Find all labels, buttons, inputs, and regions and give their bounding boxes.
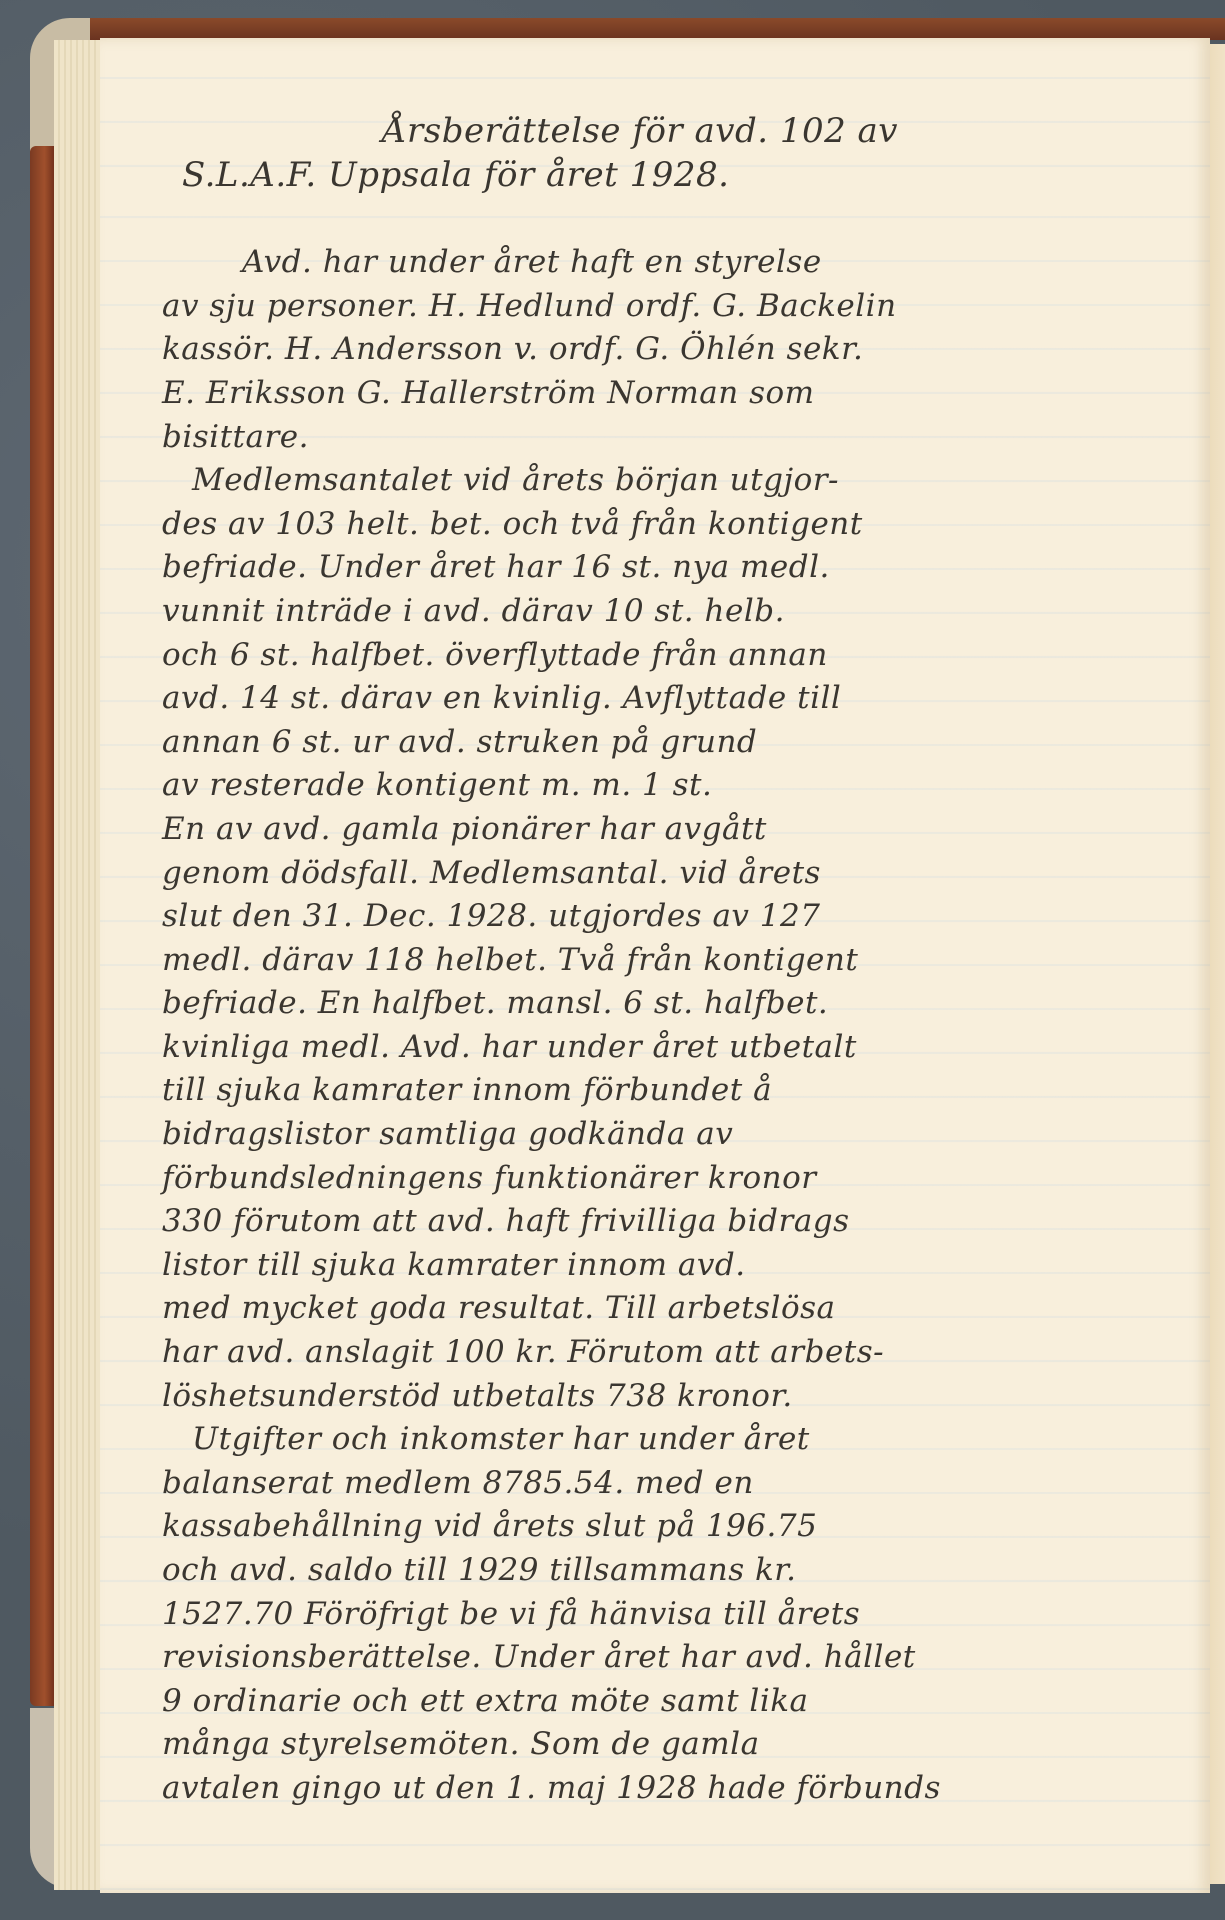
- text-line: många styrelsemöten. Som de gamla: [162, 1723, 1192, 1767]
- text-line: kassabehållning vid årets slut på 196.75: [162, 1505, 1192, 1549]
- text-line: medl. därav 118 helbet. Två från kontige…: [162, 939, 1192, 983]
- report-body: Avd. har under året haft en styrelseav s…: [162, 241, 1192, 1810]
- text-line: till sjuka kamrater innom förbundet å: [162, 1069, 1192, 1113]
- ledger-book: Årsberättelse för avd. 102 av S.L.A.F. U…: [30, 18, 1225, 1908]
- handwritten-text: Årsberättelse för avd. 102 av S.L.A.F. U…: [162, 110, 1192, 1811]
- text-line: En av avd. gamla pionärer har avgått: [162, 808, 1192, 852]
- text-line: löshetsunderstöd utbetalts 738 kronor.: [162, 1375, 1192, 1419]
- ledger-page: Årsberättelse för avd. 102 av S.L.A.F. U…: [100, 38, 1210, 1893]
- text-line: av sju personer. H. Hedlund ordf. G. Bac…: [162, 285, 1192, 329]
- text-line: annan 6 st. ur avd. struken på grund: [162, 721, 1192, 765]
- text-line: bidragslistor samtliga godkända av: [162, 1113, 1192, 1157]
- text-line: des av 103 helt. bet. och två från konti…: [162, 503, 1192, 547]
- text-line: E. Eriksson G. Hallerström Norman som: [162, 372, 1192, 416]
- text-line: befriade. En halfbet. mansl. 6 st. halfb…: [162, 982, 1192, 1026]
- text-line: har avd. anslagit 100 kr. Förutom att ar…: [162, 1331, 1192, 1375]
- text-line: av resterade kontigent m. m. 1 st.: [162, 764, 1192, 808]
- text-line: 330 förutom att avd. haft frivilliga bid…: [162, 1200, 1192, 1244]
- text-line: 1527.70 Föröfrigt be vi få hänvisa till …: [162, 1593, 1192, 1637]
- text-line: befriade. Under året har 16 st. nya medl…: [162, 546, 1192, 590]
- text-line: 9 ordinarie och ett extra möte samt lika: [162, 1680, 1192, 1724]
- text-line: listor till sjuka kamrater innom avd.: [162, 1244, 1192, 1288]
- facing-page-edge: [1210, 44, 1225, 1884]
- text-line: förbundsledningens funktionärer kronor: [162, 1157, 1192, 1201]
- text-line: avtalen gingo ut den 1. maj 1928 hade fö…: [162, 1767, 1192, 1811]
- text-line: genom dödsfall. Medlemsantal. vid årets: [162, 852, 1192, 896]
- text-line: balanserat medlem 8785.54. med en: [162, 1462, 1192, 1506]
- page-stack-edges: [54, 40, 106, 1890]
- text-line: avd. 14 st. därav en kvinlig. Avflyttade…: [162, 677, 1192, 721]
- text-line: slut den 31. Dec. 1928. utgjordes av 127: [162, 895, 1192, 939]
- leather-cover-top-edge: [90, 18, 1225, 40]
- text-line: Utgifter och inkomster har under året: [162, 1418, 1192, 1462]
- text-line: revisionsberättelse. Under året har avd.…: [162, 1636, 1192, 1680]
- text-line: Medlemsantalet vid årets början utgjor-: [162, 459, 1192, 503]
- text-line: bisittare.: [162, 416, 1192, 460]
- text-line: kassör. H. Andersson v. ordf. G. Öhlén s…: [162, 328, 1192, 372]
- text-line: vunnit inträde i avd. därav 10 st. helb.: [162, 590, 1192, 634]
- report-title-line-1: Årsberättelse för avd. 102 av: [162, 110, 1192, 154]
- text-line: med mycket goda resultat. Till arbetslös…: [162, 1287, 1192, 1331]
- report-title-line-2: S.L.A.F. Uppsala för året 1928.: [162, 154, 1192, 198]
- text-line: och avd. saldo till 1929 tillsammans kr.: [162, 1549, 1192, 1593]
- text-line: och 6 st. halfbet. överflyttade från ann…: [162, 634, 1192, 678]
- text-line: Avd. har under året haft en styrelse: [162, 241, 1192, 285]
- text-line: kvinliga medl. Avd. har under året utbet…: [162, 1026, 1192, 1070]
